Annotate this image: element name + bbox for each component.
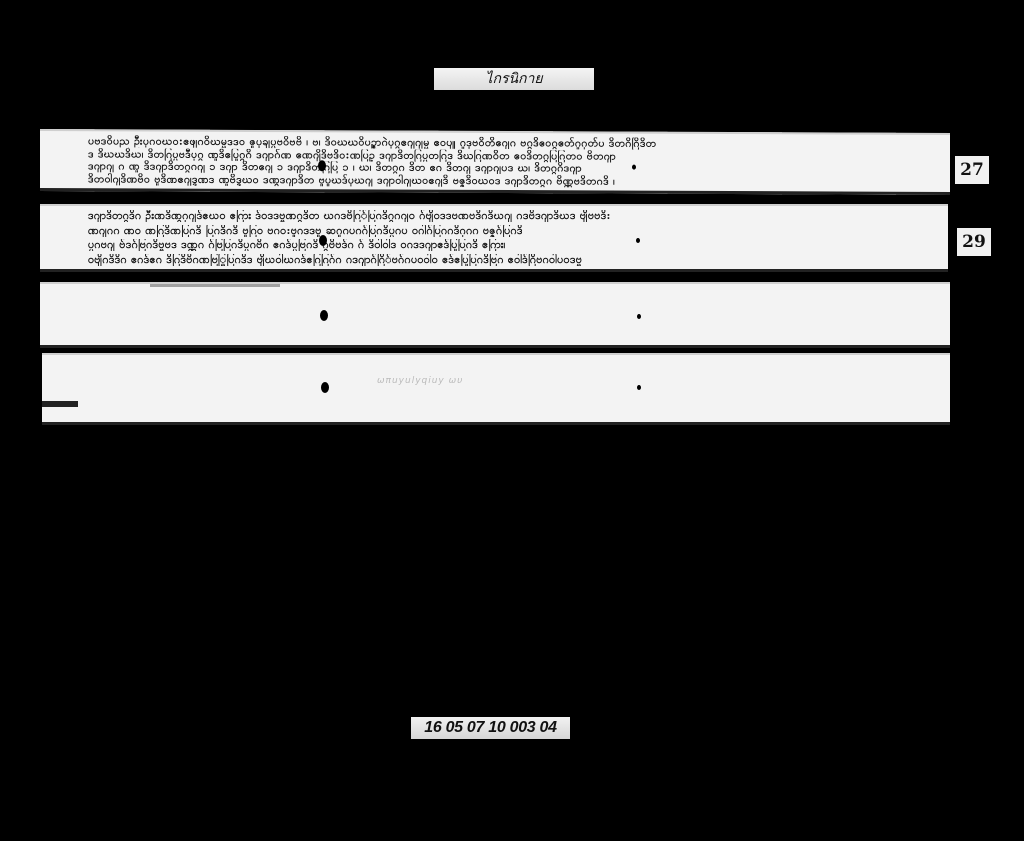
string-hole-icon <box>319 235 327 246</box>
palm-leaf-1: ပဗဒဝိပည ဦးပုဂဝဃဝ:ဧဖျဂဝိဃမ္မဒဒဝ ဇူပုချပ္ပ… <box>40 129 950 195</box>
leaf-text-line: ဏဂျဂဂ ဏဝ ဏဂြဒိဏပြဂဒိ ပြဂဒိဂဒိ ဗူဂြဝ ဗဂဝ:… <box>88 225 888 237</box>
string-hole-icon <box>637 314 641 319</box>
leaf-text-line: ဝဗျိဂဒိဒိဂ ဧဂဒ်ဧဂ ဒိဂြဒိဗိဂဏဗြ္ဗြပြဂဒိဒ … <box>88 254 888 266</box>
page-number-badge: 27 <box>955 156 989 184</box>
collection-title-label: ไกรนิกาย <box>434 68 594 90</box>
stain-mark <box>42 401 78 407</box>
string-hole-icon <box>637 385 641 390</box>
palm-leaf-4-blank: ωπuyulyqiuy ωυ <box>42 353 950 425</box>
string-hole-icon <box>632 165 636 170</box>
leaf-text-line: ဒိတဝါဂျဒိဏဗိဝ ဗူဒိဏဧဂျဒ္ဒဏဒ ဏူဗိဒ္ဒဃဝ ဒဏ… <box>88 173 890 188</box>
stain-mark <box>150 284 280 287</box>
string-hole-icon <box>321 382 329 393</box>
palm-leaf-2: ဒဂျာဒိတဂ္ဂဒိဂ ဦးဏဒိဏ္ဂဂုဂျဒ်ဧဃဝ ဧဂြား ဒ်… <box>40 204 948 272</box>
page-number-badge: 29 <box>957 228 991 256</box>
palm-leaf-3-blank <box>40 282 950 348</box>
string-hole-icon <box>636 238 640 243</box>
archive-reference-number: 16 05 07 10 003 04 <box>411 717 570 739</box>
faint-marginal-text: ωπuyulyqiuy ωυ <box>377 376 463 386</box>
leaf-text-line: ဒဂျာဒိတဂ္ဂဒိဂ ဦးဏဒိဏ္ဂဂုဂျဒ်ဧဃဝ ဧဂြား ဒ်… <box>88 210 888 222</box>
leaf-text-line: ပ္ပဂဗဂျ ဗ်ဒဂ်ဗြဂဒိဗ္ဗဗဒ ဒဏ္ဏဂ ဂ်ဗြပြဂဒိပ… <box>88 239 888 251</box>
string-hole-icon <box>318 160 326 171</box>
string-hole-icon <box>320 310 328 321</box>
